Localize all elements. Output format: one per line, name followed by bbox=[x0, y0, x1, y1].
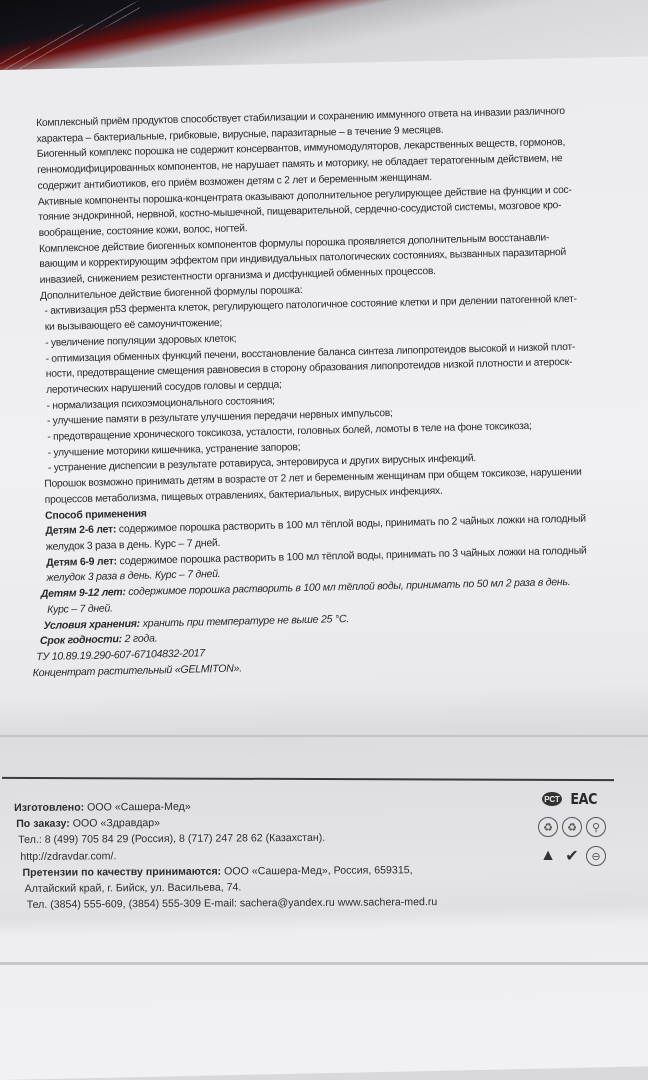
certification-marks: РСТ ЕАС ♻ ♻ ⚲ ▲ ✔ ⊖ bbox=[538, 790, 618, 866]
claims-label: Претензии по качеству принимаются: bbox=[22, 865, 221, 878]
storage-label: Условия хранения: bbox=[43, 617, 140, 631]
shelf-life-label: Срок годности: bbox=[40, 633, 122, 647]
checkmark-icon: ✔ bbox=[562, 846, 582, 866]
contacts-line: Тел. (3854) 555-609, (3854) 555-309 E-ma… bbox=[27, 894, 515, 914]
ordered-by-label: По заказу: bbox=[16, 818, 70, 830]
recycle-pet-icon: ♻ bbox=[538, 817, 558, 837]
manufacturer-info: Изготовлено: ООО «Сашера-Мед» По заказу:… bbox=[14, 797, 515, 914]
paper-fold bbox=[0, 735, 648, 737]
usage-section: Способ применения Детям 2-6 лет: содержи… bbox=[45, 496, 607, 619]
recycle-pet-icon: ♻ bbox=[562, 817, 582, 837]
paper-fold bbox=[0, 962, 648, 965]
shelf-life-text: 2 года. bbox=[122, 633, 158, 646]
eco-icon: ▲ bbox=[538, 846, 558, 866]
eac-certification-icon: ЕАС bbox=[570, 790, 597, 808]
manufacturer-label: Изготовлено: bbox=[14, 802, 84, 814]
dose-label: Детям 2-6 лет: bbox=[45, 524, 116, 538]
food-safe-icon: ⚲ bbox=[586, 817, 606, 837]
leaflet-text: Комплексный приём продуктов способствует… bbox=[36, 103, 609, 681]
manufacturer-text: ООО «Сашера-Мед» bbox=[84, 801, 191, 814]
dose-label: Детям 9-12 лет: bbox=[41, 586, 126, 600]
claims-text: ООО «Сашера-Мед», Россия, 659315, bbox=[221, 864, 412, 877]
plus-minus-temperature-icon: ⊖ bbox=[586, 846, 606, 866]
storage-text: хранить при температуре не выше 25 °С. bbox=[140, 613, 349, 630]
ordered-by-text: ООО «Здравдар» bbox=[70, 817, 160, 830]
dose-label: Детям 6-9 лет: bbox=[46, 555, 117, 569]
pct-certification-icon: РСТ bbox=[542, 792, 562, 806]
